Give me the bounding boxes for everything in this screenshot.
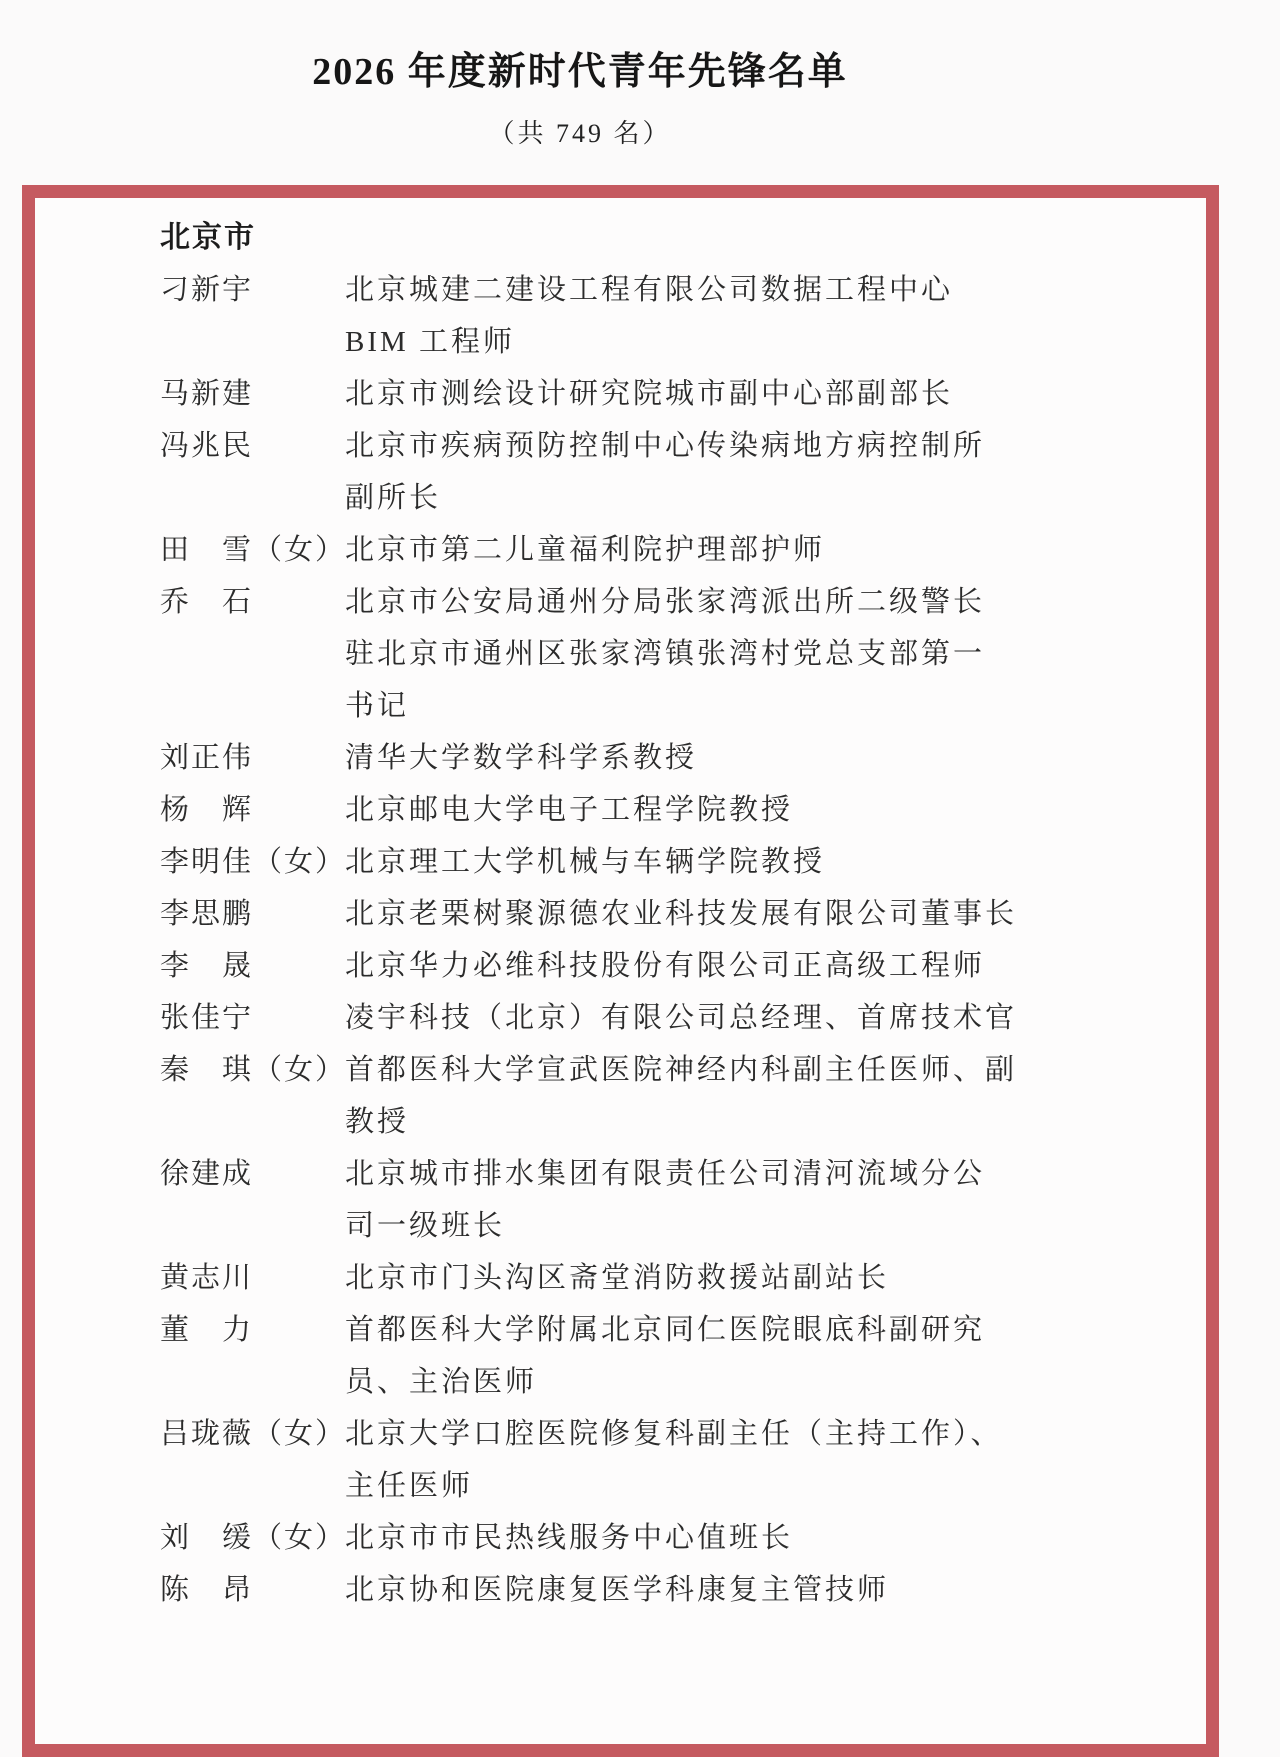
- awardee-position-line: BIM 工程师: [345, 316, 953, 368]
- awardee-position: 北京市测绘设计研究院城市副中心部副部长: [345, 368, 953, 420]
- list-item: 刘 缓（女）北京市市民热线服务中心值班长: [160, 1512, 1206, 1564]
- awardee-position-line: 北京市测绘设计研究院城市副中心部副部长: [345, 368, 953, 420]
- list-item: 陈 昂北京协和医院康复医学科康复主管技师: [160, 1564, 1206, 1616]
- awardee-position-line: 司一级班长: [345, 1200, 985, 1252]
- list-item: 刁新宇北京城建二建设工程有限公司数据工程中心BIM 工程师: [160, 264, 1206, 368]
- awardee-position-line: 主任医师: [345, 1460, 1003, 1512]
- awardee-position-line: 首都医科大学附属北京同仁医院眼底科副研究: [345, 1304, 985, 1356]
- document-page: 2026 年度新时代青年先锋名单 （共 749 名） 北京市 刁新宇北京城建二建…: [0, 0, 1280, 1757]
- awardee-name: 李 晟: [160, 940, 345, 992]
- awardee-position: 首都医科大学附属北京同仁医院眼底科副研究员、主治医师: [345, 1304, 985, 1408]
- awardee-name: 秦 琪（女）: [160, 1044, 345, 1096]
- list-item: 马新建北京市测绘设计研究院城市副中心部副部长: [160, 368, 1206, 420]
- awardee-position: 北京市第二儿童福利院护理部护师: [345, 524, 825, 576]
- list-item: 田 雪（女）北京市第二儿童福利院护理部护师: [160, 524, 1206, 576]
- awardee-name: 乔 石: [160, 576, 345, 628]
- list-item: 吕珑薇（女）北京大学口腔医院修复科副主任（主持工作）、主任医师: [160, 1408, 1206, 1512]
- awardee-position-line: 北京市门头沟区斋堂消防救援站副站长: [345, 1252, 889, 1304]
- awardee-position-line: 凌宇科技（北京）有限公司总经理、首席技术官: [345, 992, 1017, 1044]
- document-header: 2026 年度新时代青年先锋名单 （共 749 名）: [0, 40, 1160, 150]
- awardee-position: 北京市公安局通州分局张家湾派出所二级警长驻北京市通州区张家湾镇张湾村党总支部第一…: [345, 576, 985, 732]
- awardee-position-line: 北京城建二建设工程有限公司数据工程中心: [345, 264, 953, 316]
- awardee-position-line: 副所长: [345, 472, 985, 524]
- awardee-position: 北京市疾病预防控制中心传染病地方病控制所副所长: [345, 420, 985, 524]
- awardee-position-line: 教授: [345, 1096, 1017, 1148]
- awardee-name: 吕珑薇（女）: [160, 1408, 345, 1460]
- awardee-position-line: 北京老栗树聚源德农业科技发展有限公司董事长: [345, 888, 1017, 940]
- awardee-position-line: 驻北京市通州区张家湾镇张湾村党总支部第一: [345, 628, 985, 680]
- awardee-position: 北京理工大学机械与车辆学院教授: [345, 836, 825, 888]
- list-item: 李思鹏北京老栗树聚源德农业科技发展有限公司董事长: [160, 888, 1206, 940]
- awardee-name: 陈 昂: [160, 1564, 345, 1616]
- total-count-subtitle: （共 749 名）: [0, 113, 1160, 150]
- region-header-beijing: 北京市: [160, 212, 1206, 264]
- awardee-name: 马新建: [160, 368, 345, 420]
- awardee-position: 凌宇科技（北京）有限公司总经理、首席技术官: [345, 992, 1017, 1044]
- list-item: 冯兆民北京市疾病预防控制中心传染病地方病控制所副所长: [160, 420, 1206, 524]
- awardee-position-line: 北京协和医院康复医学科康复主管技师: [345, 1564, 889, 1616]
- awardee-position-line: 北京理工大学机械与车辆学院教授: [345, 836, 825, 888]
- list-item: 杨 辉北京邮电大学电子工程学院教授: [160, 784, 1206, 836]
- awardee-name: 刘 缓（女）: [160, 1512, 345, 1564]
- awardee-position: 北京协和医院康复医学科康复主管技师: [345, 1564, 889, 1616]
- awardee-position-line: 书记: [345, 680, 985, 732]
- list-item: 李 晟北京华力必维科技股份有限公司正高级工程师: [160, 940, 1206, 992]
- awardee-name: 董 力: [160, 1304, 345, 1356]
- awardee-name: 张佳宁: [160, 992, 345, 1044]
- awardee-position-line: 北京城市排水集团有限责任公司清河流域分公: [345, 1148, 985, 1200]
- awardee-name: 刁新宇: [160, 264, 345, 316]
- awardee-position: 北京老栗树聚源德农业科技发展有限公司董事长: [345, 888, 1017, 940]
- awardee-name: 李思鹏: [160, 888, 345, 940]
- list-item: 乔 石北京市公安局通州分局张家湾派出所二级警长驻北京市通州区张家湾镇张湾村党总支…: [160, 576, 1206, 732]
- list-item: 黄志川北京市门头沟区斋堂消防救援站副站长: [160, 1252, 1206, 1304]
- list-item: 张佳宁凌宇科技（北京）有限公司总经理、首席技术官: [160, 992, 1206, 1044]
- awardee-position-line: 北京华力必维科技股份有限公司正高级工程师: [345, 940, 985, 992]
- awardee-position: 北京大学口腔医院修复科副主任（主持工作）、主任医师: [345, 1408, 1003, 1512]
- awardee-name: 田 雪（女）: [160, 524, 345, 576]
- awardee-position-line: 北京市公安局通州分局张家湾派出所二级警长: [345, 576, 985, 628]
- list-item: 刘正伟清华大学数学科学系教授: [160, 732, 1206, 784]
- awardee-position-line: 北京大学口腔医院修复科副主任（主持工作）、: [345, 1408, 1003, 1460]
- awardee-position-line: 首都医科大学宣武医院神经内科副主任医师、副: [345, 1044, 1017, 1096]
- awardee-position-line: 员、主治医师: [345, 1356, 985, 1408]
- awardee-position-line: 北京邮电大学电子工程学院教授: [345, 784, 793, 836]
- awardee-name: 刘正伟: [160, 732, 345, 784]
- awardee-position: 北京华力必维科技股份有限公司正高级工程师: [345, 940, 985, 992]
- awardee-name: 杨 辉: [160, 784, 345, 836]
- awardee-name: 李明佳（女）: [160, 836, 345, 888]
- list-item: 秦 琪（女）首都医科大学宣武医院神经内科副主任医师、副教授: [160, 1044, 1206, 1148]
- awardee-position: 北京市门头沟区斋堂消防救援站副站长: [345, 1252, 889, 1304]
- awardee-name: 冯兆民: [160, 420, 345, 472]
- awardee-list: 刁新宇北京城建二建设工程有限公司数据工程中心BIM 工程师马新建北京市测绘设计研…: [160, 264, 1206, 1616]
- awardee-position-line: 北京市疾病预防控制中心传染病地方病控制所: [345, 420, 985, 472]
- awardee-position-line: 北京市第二儿童福利院护理部护师: [345, 524, 825, 576]
- list-item: 徐建成北京城市排水集团有限责任公司清河流域分公司一级班长: [160, 1148, 1206, 1252]
- list-item: 李明佳（女）北京理工大学机械与车辆学院教授: [160, 836, 1206, 888]
- awardee-position: 首都医科大学宣武医院神经内科副主任医师、副教授: [345, 1044, 1017, 1148]
- awardee-position: 北京城建二建设工程有限公司数据工程中心BIM 工程师: [345, 264, 953, 368]
- awardee-position: 北京城市排水集团有限责任公司清河流域分公司一级班长: [345, 1148, 985, 1252]
- awardee-name: 黄志川: [160, 1252, 345, 1304]
- list-item: 董 力首都医科大学附属北京同仁医院眼底科副研究员、主治医师: [160, 1304, 1206, 1408]
- awardee-position-line: 清华大学数学科学系教授: [345, 732, 697, 784]
- awardee-position: 清华大学数学科学系教授: [345, 732, 697, 784]
- red-border-frame: 北京市 刁新宇北京城建二建设工程有限公司数据工程中心BIM 工程师马新建北京市测…: [22, 185, 1219, 1757]
- page-title: 2026 年度新时代青年先锋名单: [0, 40, 1160, 95]
- awardee-position: 北京市市民热线服务中心值班长: [345, 1512, 793, 1564]
- awardee-position: 北京邮电大学电子工程学院教授: [345, 784, 793, 836]
- awardee-name: 徐建成: [160, 1148, 345, 1200]
- awardee-position-line: 北京市市民热线服务中心值班长: [345, 1512, 793, 1564]
